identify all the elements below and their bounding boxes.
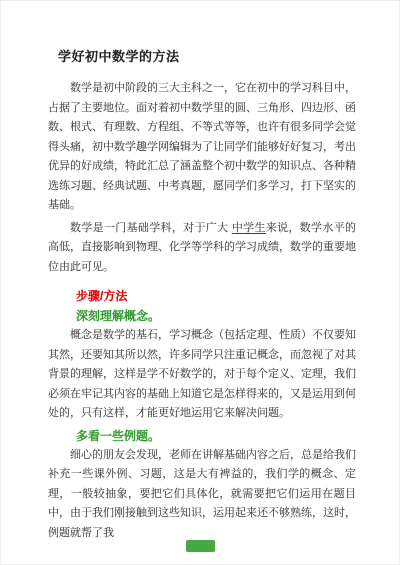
page-title: 学好初中数学的方法 — [58, 46, 356, 65]
intro-paragraph-2: 数学是一门基础学科，对于广大 中学生来说，数学水平的高低，直接影响到物理、化学等… — [48, 219, 356, 278]
step2-heading-more-examples: 多看一些例题。 — [76, 427, 356, 444]
intro-paragraph-1: 数学是初中阶段的三大主科之一，它在初中的学习科目中，占据了主要地位。面对着初中数… — [48, 79, 356, 216]
step1-paragraph: 概念是数学的基石，学习概念（包括定理、性质）不仅要知其然，还要知其所以然，许多同… — [48, 326, 356, 424]
step1-heading-understand-concepts: 深刻理解概念。 — [76, 307, 356, 324]
document-body: 学好初中数学的方法 数学是初中阶段的三大主科之一，它在初中的学习科目中，占据了主… — [0, 0, 400, 543]
step2-paragraph: 细心的朋友会发现，老师在讲解基础内容之后，总是给我们补充一些课外例、习题，这是大… — [48, 446, 356, 544]
section-heading-steps: 步骤/方法 — [76, 287, 356, 304]
document-page: 学好初中数学的方法 数学是初中阶段的三大主科之一，它在初中的学习科目中，占据了主… — [0, 0, 400, 565]
intro-p2-text-before: 数学是一门基础学科，对于广大 — [70, 222, 232, 234]
watermark-badge — [186, 540, 215, 552]
zhongxuesheng-link[interactable]: 中学生 — [232, 222, 266, 234]
